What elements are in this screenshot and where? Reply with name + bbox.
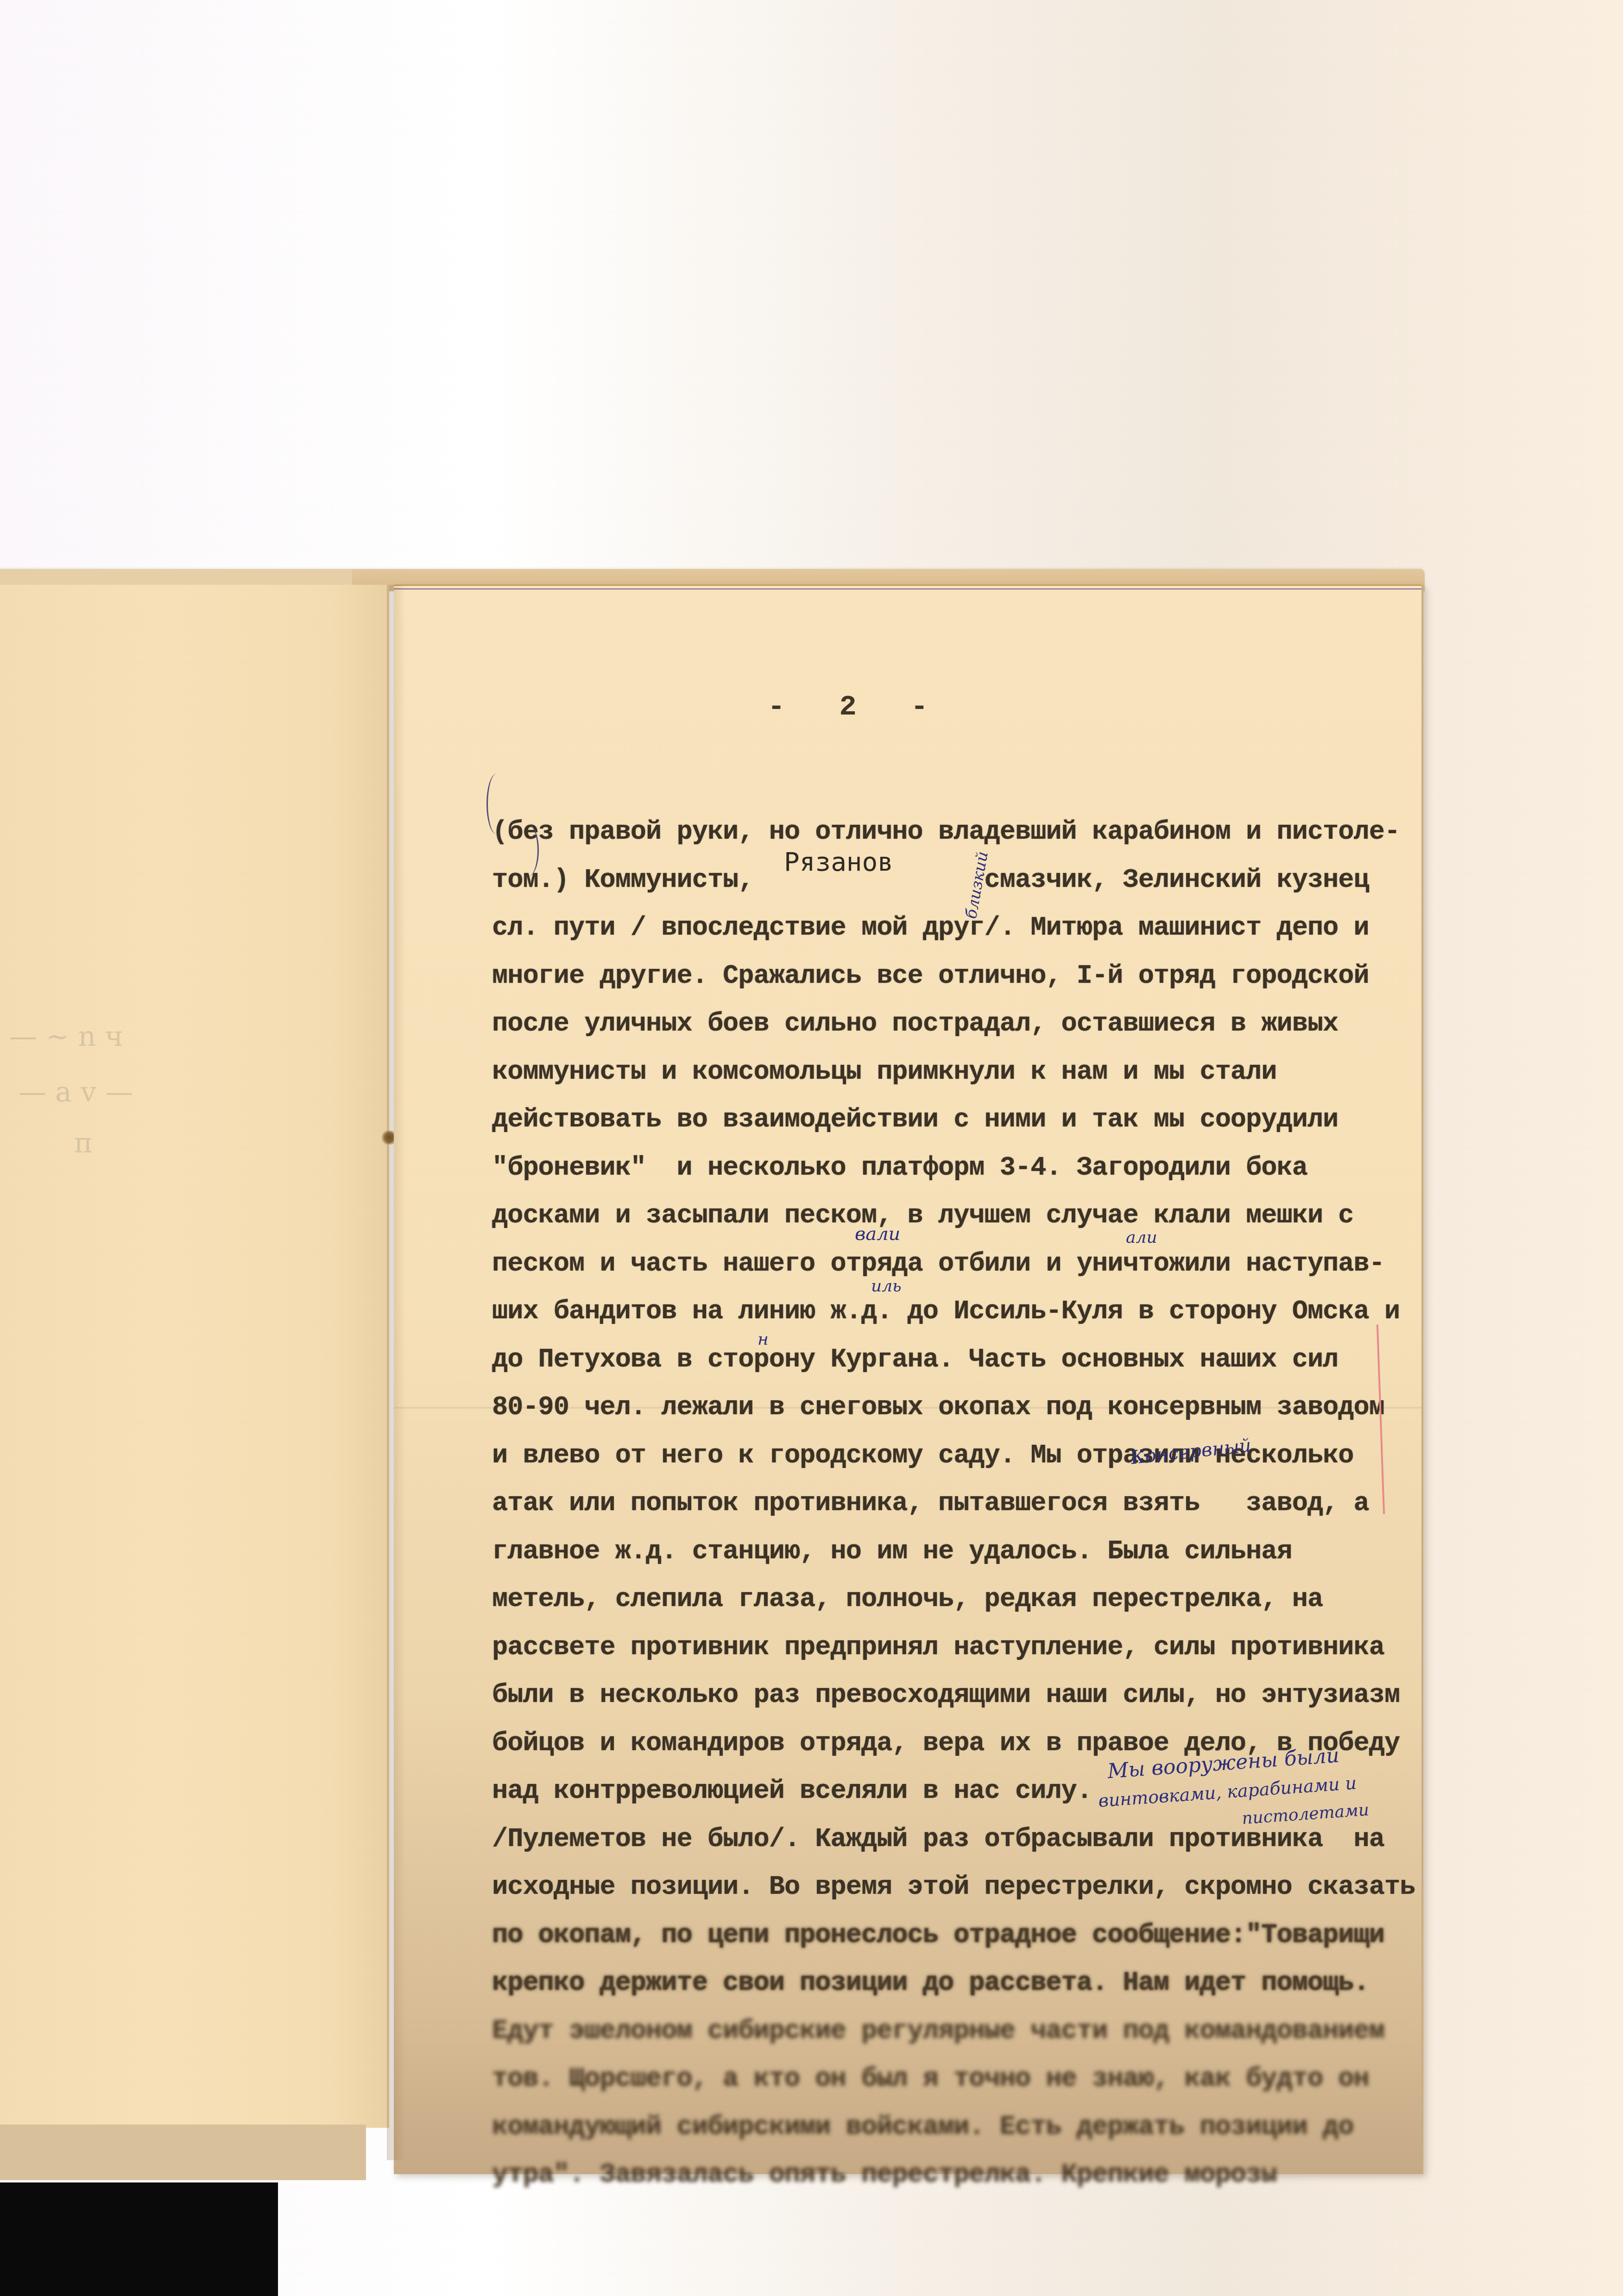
text-line: атак или попыток противника, пытавшегося…	[492, 1480, 1419, 1528]
cardboard-cover-edge-left	[0, 569, 352, 586]
page-stack-edge	[394, 585, 1421, 589]
text-line: утра". Завязалась опять перестрелка. Кре…	[492, 2151, 1419, 2200]
text-line: 80-90 чел. лежали в снеговых окопах под …	[492, 1384, 1419, 1432]
text-line: многие другие. Сражались все отлично, I-…	[492, 953, 1419, 1001]
pen-bracket-open	[486, 774, 506, 834]
pencil-bleed-mark: п	[74, 1127, 93, 1159]
text-line: крепко держите свои позиции до рассвета.…	[492, 1960, 1419, 2008]
pencil-bleed-mark: — a v —	[19, 1076, 133, 1108]
text-line: были в несколько раз превосходящими наши…	[492, 1672, 1419, 1720]
text-line: командующий сибирскими войсками. Есть де…	[492, 2104, 1419, 2152]
left-page-blank: — ~ n ч — a v — п	[0, 585, 389, 2128]
handwritten-annotation: иль	[871, 1277, 902, 1296]
text-line: коммунисты и комсомольцы примкнули к нам…	[492, 1049, 1419, 1097]
pencil-bleed-mark: — ~ n ч	[9, 1020, 123, 1053]
text-line: после уличных боев сильно пострадал, ост…	[492, 1000, 1419, 1049]
text-line: (без правой руки, но отлично владевший к…	[492, 809, 1419, 857]
typed-insert-name: Рязанов	[784, 847, 893, 877]
text-line: метель, слепила глаза, полночь, редкая п…	[492, 1576, 1419, 1624]
text-line: главное ж.д. станцию, но им не удалось. …	[492, 1528, 1419, 1576]
typed-text-body: (без правой руки, но отлично владевший к…	[492, 809, 1419, 2200]
text-line: Едут эшелоном сибирские регулярные части…	[492, 2008, 1419, 2056]
text-line: действовать во взаимодействии с ними и т…	[492, 1096, 1419, 1145]
text-line: "броневик" и несколько платформ 3-4. Заг…	[492, 1145, 1419, 1193]
text-line: тов. Щорсшего, а кто он был я точно не з…	[492, 2056, 1419, 2104]
handwritten-annotation: вали	[855, 1223, 900, 1245]
text-line: рассвете противник предпринял наступлени…	[492, 1624, 1419, 1672]
handwritten-correction: н	[758, 1330, 769, 1349]
scanner-background	[0, 2182, 278, 2296]
spine-shadow	[387, 585, 405, 2160]
text-line: до Петухова в сторону Кургана. Часть осн…	[492, 1336, 1419, 1385]
pen-bracket-close	[519, 825, 539, 876]
text-line: песком и часть нашего отряда отбили и ун…	[492, 1240, 1419, 1289]
text-line: том.) Коммунисты, смазчик, Зелинский куз…	[492, 857, 1419, 905]
text-line: исходные позиции. Во время этой перестре…	[492, 1864, 1419, 1912]
text-line: ших бандитов на линию ж.д. до Иссиль-Кул…	[492, 1288, 1419, 1336]
handwritten-annotation: али	[1126, 1228, 1157, 1247]
text-line: сл. пути / впоследствие мой друг/. Митюр…	[492, 904, 1419, 953]
text-line: и влево от него к городскому саду. Мы от…	[492, 1432, 1419, 1480]
scanned-document-scene: — ~ n ч — a v — п - 2 - (без правой руки…	[0, 0, 1623, 2296]
cardboard-cover-bottom	[0, 2125, 366, 2180]
page-number: - 2 -	[760, 690, 954, 723]
text-line: по окопам, по цепи пронеслось отрадное с…	[492, 1912, 1419, 1960]
text-line: досками и засыпали песком, в лучшем случ…	[492, 1192, 1419, 1240]
